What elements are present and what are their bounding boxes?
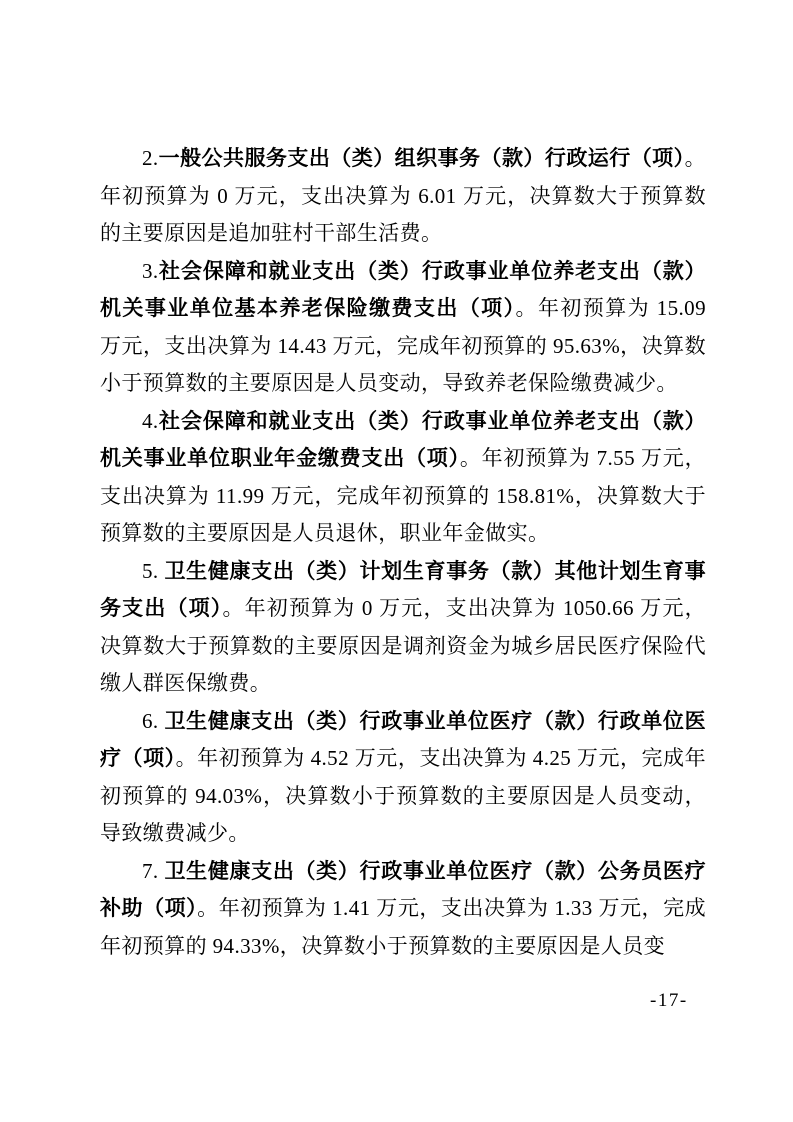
page-number: -17- xyxy=(650,990,688,1012)
paragraph-body-text: 。年初预算为 4.52 万元，支出决算为 4.25 万元，完成年初预算的 94.… xyxy=(100,746,706,845)
budget-item-paragraph: 4.社会保障和就业支出（类）行政事业单位养老支出（款）机关事业单位职业年金缴费支… xyxy=(100,403,706,553)
paragraph-index: 2. xyxy=(142,146,159,170)
paragraph-index: 5. xyxy=(142,559,164,583)
budget-item-paragraph: 7. 卫生健康支出（类）行政事业单位医疗（款）公务员医疗补助（项）。年初预算为 … xyxy=(100,853,706,966)
budget-item-paragraph: 6. 卫生健康支出（类）行政事业单位医疗（款）行政单位医疗（项）。年初预算为 4… xyxy=(100,703,706,853)
paragraph-index: 7. xyxy=(142,859,164,883)
budget-item-paragraph: 3.社会保障和就业支出（类）行政事业单位养老支出（款）机关事业单位基本养老保险缴… xyxy=(100,253,706,403)
paragraph-index: 4. xyxy=(142,409,159,433)
paragraph-heading: 一般公共服务支出（类）组织事务（款）行政运行（项） xyxy=(159,146,685,170)
budget-item-paragraph: 5. 卫生健康支出（类）计划生育事务（款）其他计划生育事务支出（项）。年初预算为… xyxy=(100,553,706,703)
paragraph-index: 3. xyxy=(142,259,159,283)
document-body: 2.一般公共服务支出（类）组织事务（款）行政运行（项）。年初预算为 0 万元，支… xyxy=(100,140,706,965)
budget-item-paragraph: 2.一般公共服务支出（类）组织事务（款）行政运行（项）。年初预算为 0 万元，支… xyxy=(100,140,706,253)
paragraph-index: 6. xyxy=(142,709,164,733)
document-page: 2.一般公共服务支出（类）组织事务（款）行政运行（项）。年初预算为 0 万元，支… xyxy=(0,0,793,1122)
